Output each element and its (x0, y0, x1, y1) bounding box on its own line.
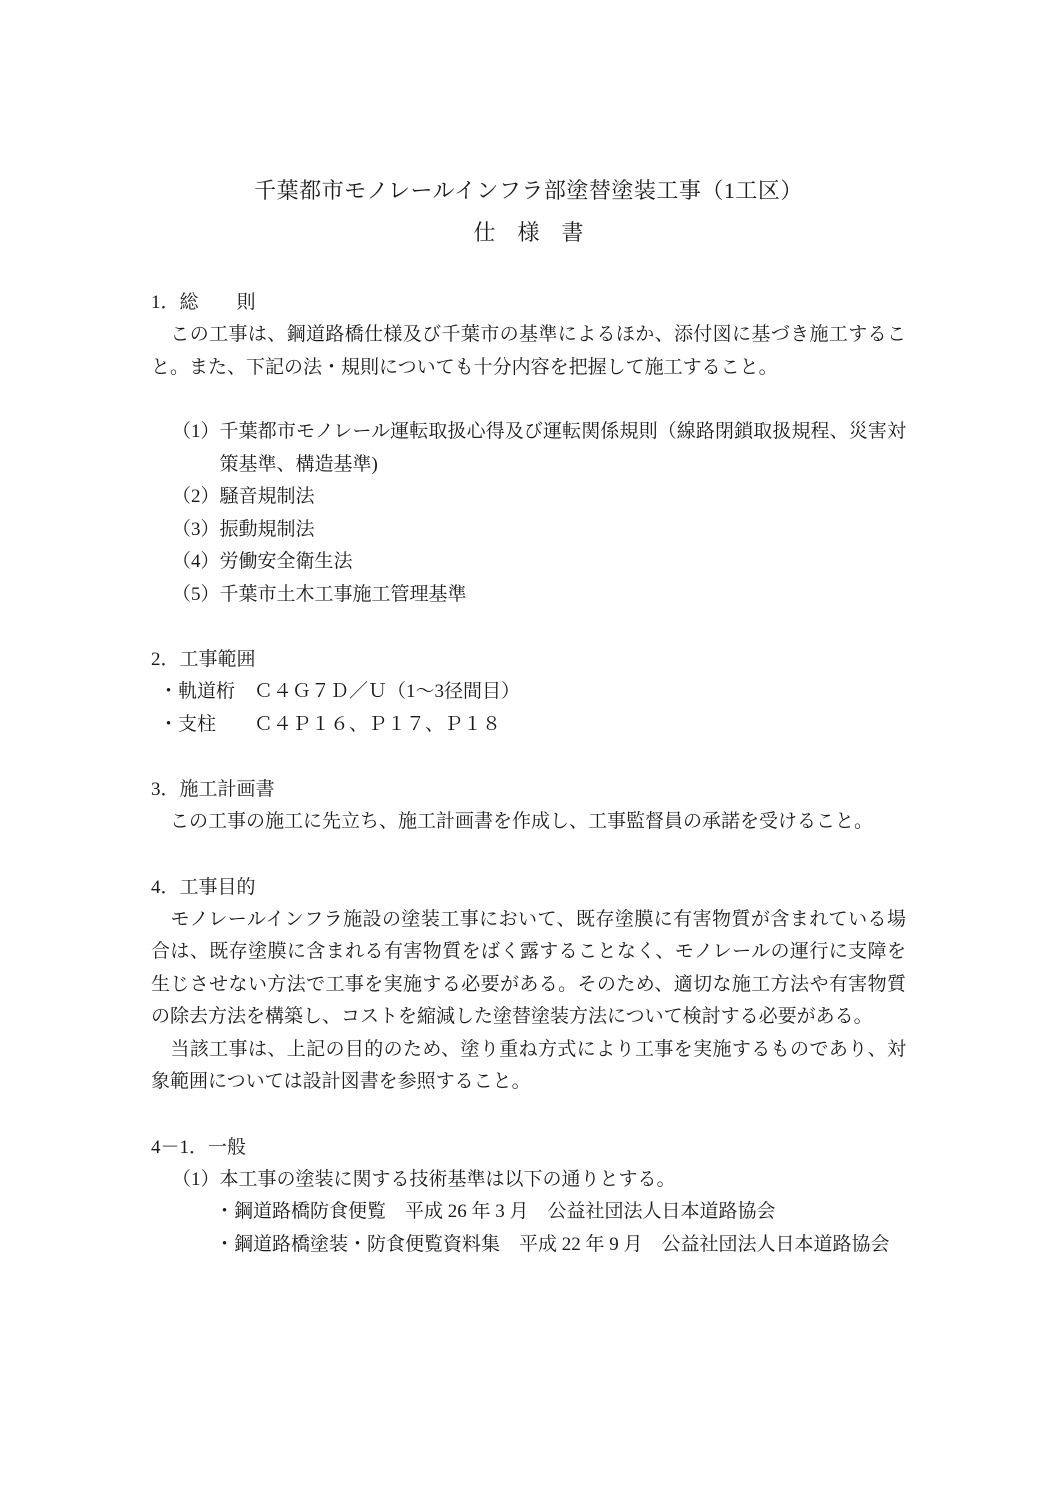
section-3-heading: 3．施工計画書 (151, 773, 906, 806)
support-column-bullet: ・支柱 Ｃ４Ｐ１６、Ｐ１７、Ｐ１８ (151, 709, 906, 742)
list-item-text: 労働安全衛生法 (220, 546, 906, 579)
section-2-heading: 2．工事範囲 (151, 643, 906, 676)
list-item-number: （5） (172, 579, 220, 612)
reference-standard-line: ・鋼道路橋塗装・防食便覧資料集 平成 22 年 9 月 公益社団法人日本道路協会 (151, 1229, 906, 1262)
list-item-number: （4） (172, 546, 220, 579)
list-item: （5） 千葉市土木工事施工管理基準 (151, 579, 906, 612)
track-girder-bullet: ・軌道桁 Ｃ４Ｇ７Ｄ／Ｕ（1～3径間目） (151, 676, 906, 709)
list-item-text: 振動規制法 (220, 514, 906, 547)
section-4-heading: 4．工事目的 (151, 871, 906, 904)
section-construction-plan: 3．施工計画書 この工事の施工に先立ち、施工計画書を作成し、工事監督員の承諾を受… (151, 773, 906, 839)
list-item-text: 本工事の塗装に関する技術基準は以下の通りとする。 (220, 1164, 906, 1197)
section-1-intro: この工事は、鋼道路橋仕様及び千葉市の基準によるほか、添付図に基づき施工すること。… (151, 319, 906, 384)
section-3-body: この工事の施工に先立ち、施工計画書を作成し、工事監督員の承諾を受けること。 (151, 806, 906, 839)
section-general-standards: 4－1．一般 （1） 本工事の塗装に関する技術基準は以下の通りとする。 ・鋼道路… (151, 1131, 906, 1262)
list-item-number: （2） (172, 481, 220, 514)
list-item-text: 騒音規制法 (220, 481, 906, 514)
list-item-number: （1） (172, 416, 220, 481)
section-work-scope: 2．工事範囲 ・軌道桁 Ｃ４Ｇ７Ｄ／Ｕ（1～3径間目） ・支柱 Ｃ４Ｐ１６、Ｐ１… (151, 643, 906, 741)
document-subtitle: 仕 様 書 (151, 212, 906, 254)
reference-standard-line: ・鋼道路橋防食便覧 平成 26 年 3 月 公益社団法人日本道路協会 (151, 1196, 906, 1229)
list-item-number: （3） (172, 514, 220, 547)
document-page: 千葉都市モノレールインフラ部塗替塗装工事（1工区） 仕 様 書 1．総 則 この… (0, 0, 1058, 1497)
list-item: （3） 振動規制法 (151, 514, 906, 547)
section-work-purpose: 4．工事目的 モノレールインフラ施設の塗装工事において、既存塗膜に有害物質が含ま… (151, 871, 906, 1099)
section-1-regulation-list: （1） 千葉都市モノレール運転取扱心得及び運転関係規則（線路閉鎖取扱規程、災害対… (151, 416, 906, 611)
document-subtitle-text: 仕 様 書 (473, 220, 583, 245)
title-block: 千葉都市モノレールインフラ部塗替塗装工事（1工区） 仕 様 書 (151, 170, 906, 254)
list-item: （2） 騒音規制法 (151, 481, 906, 514)
section-4-paragraph-2: 当該工事は、上記の目的のため、塗り重ね方式により工事を実施するものであり、対象範… (151, 1034, 906, 1099)
list-item-number: （1） (172, 1164, 220, 1197)
section-general-rules: 1．総 則 この工事は、鋼道路橋仕様及び千葉市の基準によるほか、添付図に基づき施… (151, 286, 906, 611)
list-item: （1） 本工事の塗装に関する技術基準は以下の通りとする。 (151, 1164, 906, 1197)
section-4-1-heading: 4－1．一般 (151, 1131, 906, 1164)
document-title-text: 千葉都市モノレールインフラ部塗替塗装工事（1工区） (254, 178, 803, 203)
section-4-paragraph-1: モノレールインフラ施設の塗装工事において、既存塗膜に有害物質が含まれている場合は… (151, 904, 906, 1034)
list-item-text: 千葉都市モノレール運転取扱心得及び運転関係規則（線路閉鎖取扱規程、災害対策基準、… (220, 416, 906, 481)
list-item: （4） 労働安全衛生法 (151, 546, 906, 579)
section-1-heading: 1．総 則 (151, 286, 906, 319)
list-item: （1） 千葉都市モノレール運転取扱心得及び運転関係規則（線路閉鎖取扱規程、災害対… (151, 416, 906, 481)
document-title: 千葉都市モノレールインフラ部塗替塗装工事（1工区） (151, 170, 906, 212)
list-item-text: 千葉市土木工事施工管理基準 (220, 579, 906, 612)
